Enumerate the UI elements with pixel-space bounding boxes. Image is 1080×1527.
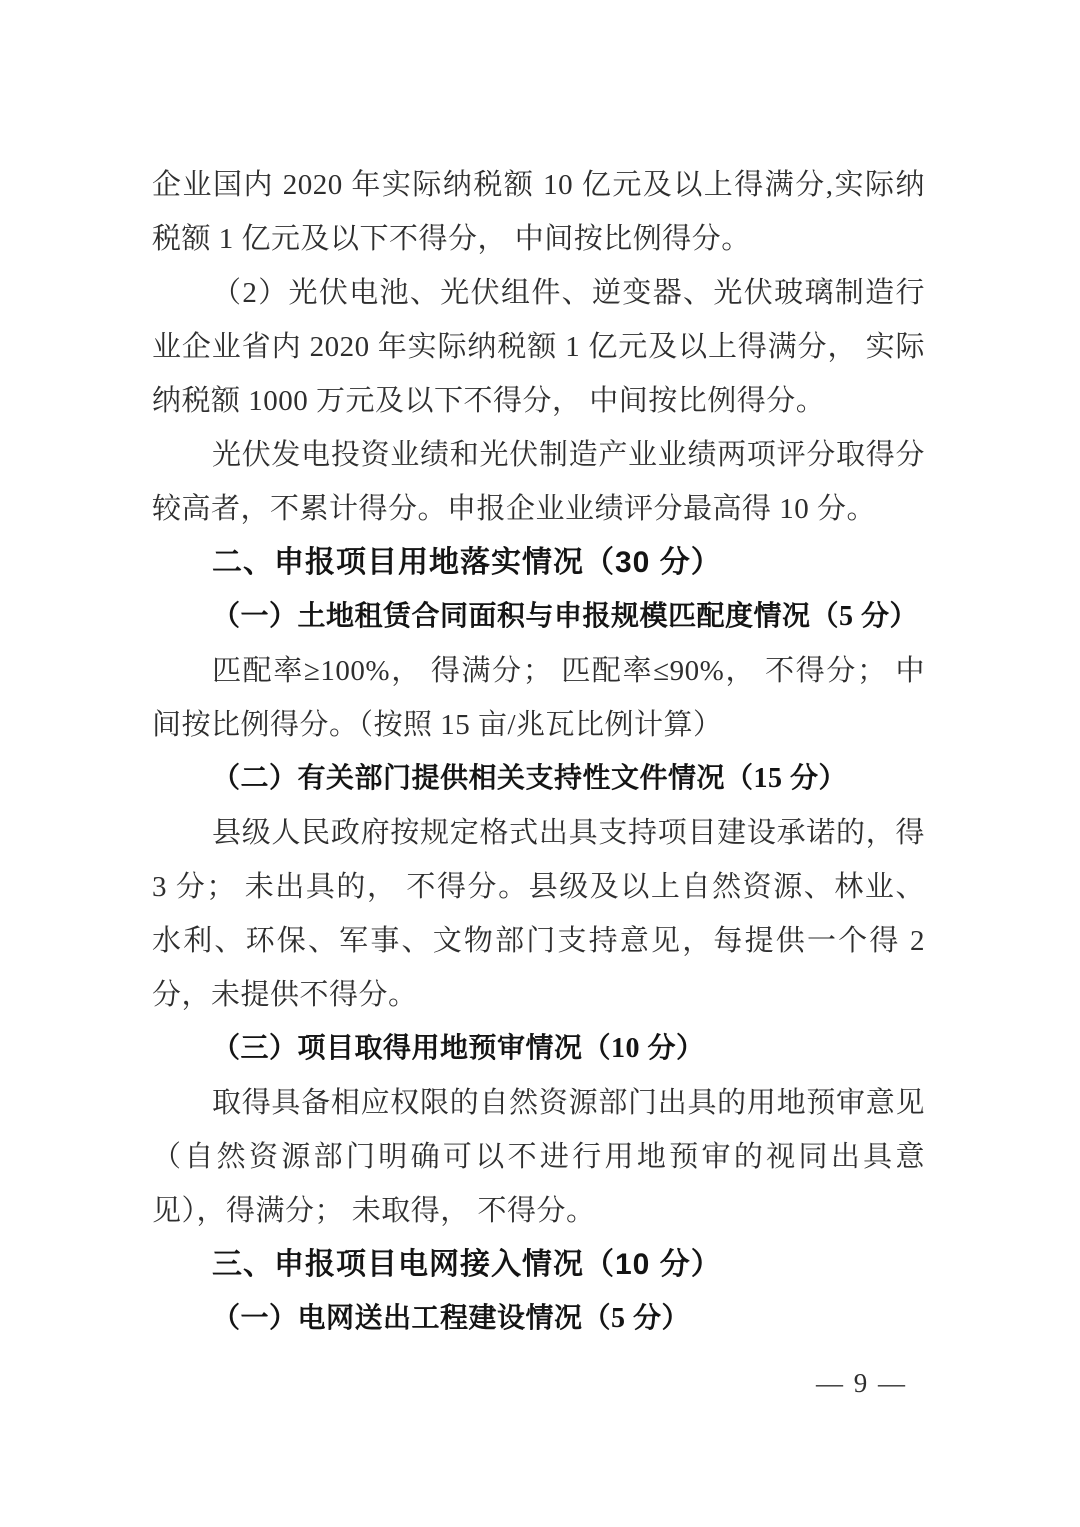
document-body: 企业国内 2020 年实际纳税额 10 亿元及以上得满分,实际纳税额 1 亿元及… — [152, 158, 925, 1346]
subsection-heading: （一）土地租赁合同面积与申报规模匹配度情况（5 分） — [152, 590, 925, 644]
subsection-heading: （一）电网送出工程建设情况（5 分） — [152, 1292, 925, 1346]
body-paragraph: 取得具备相应权限的自然资源部门出具的用地预审意见（自然资源部门明确可以不进行用地… — [152, 1076, 925, 1238]
body-paragraph: 企业国内 2020 年实际纳税额 10 亿元及以上得满分,实际纳税额 1 亿元及… — [152, 158, 925, 266]
body-paragraph: （2）光伏电池、光伏组件、逆变器、光伏玻璃制造行业企业省内 2020 年实际纳税… — [152, 266, 925, 428]
section-heading: 三、申报项目电网接入情况（10 分） — [152, 1238, 925, 1292]
page-number: — 9 — — [816, 1368, 907, 1398]
subsection-heading: （二）有关部门提供相关支持性文件情况（15 分） — [152, 752, 925, 806]
section-heading: 二、申报项目用地落实情况（30 分） — [152, 536, 925, 590]
body-paragraph: 县级人民政府按规定格式出具支持项目建设承诺的，得 3 分； 未出具的， 不得分。… — [152, 806, 925, 1022]
document-page: 企业国内 2020 年实际纳税额 10 亿元及以上得满分,实际纳税额 1 亿元及… — [0, 0, 1080, 1527]
body-paragraph: 光伏发电投资业绩和光伏制造产业业绩两项评分取得分较高者，不累计得分。申报企业业绩… — [152, 428, 925, 536]
subsection-heading: （三）项目取得用地预审情况（10 分） — [152, 1022, 925, 1076]
body-paragraph: 匹配率≥100%， 得满分； 匹配率≤90%， 不得分； 中间按比例得分。（按照… — [152, 644, 925, 752]
page-footer: — 9 — — [816, 1368, 907, 1399]
